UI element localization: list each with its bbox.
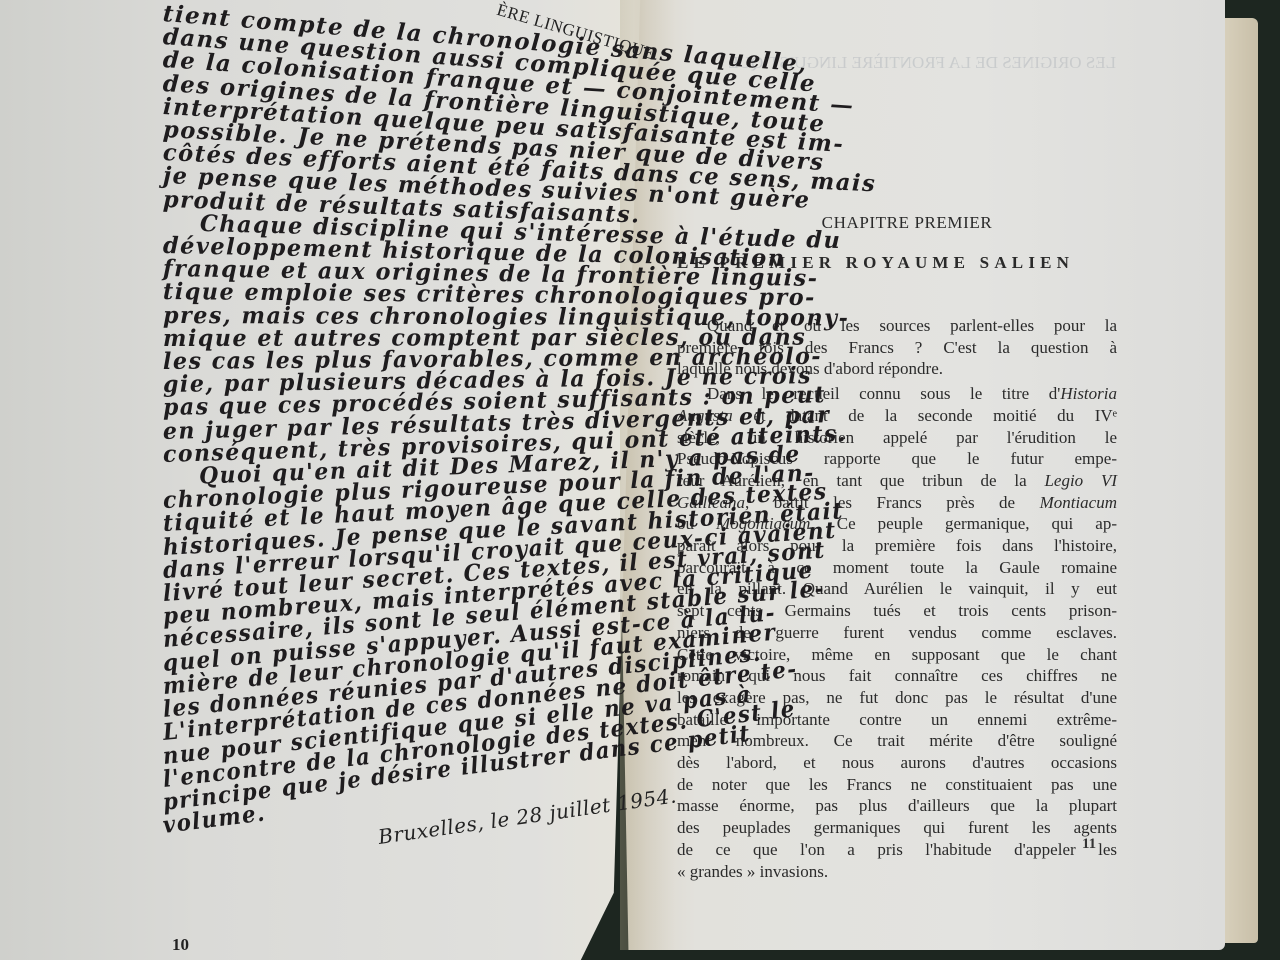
text-line: de ce que l'on a pris l'habitude d'appel… <box>677 839 1117 861</box>
text-line: masse énorme, pas plus d'ailleurs que la… <box>677 795 1117 817</box>
italic-term: Montiacum <box>1040 493 1117 512</box>
text-line: de noter que les Francs ne constituaient… <box>677 774 1117 796</box>
page-number-left: 10 <box>172 935 189 955</box>
text-line: des peuplades germaniques qui furent les… <box>677 817 1117 839</box>
text-line: « grandes » invasions. <box>677 861 1117 883</box>
italic-term: Legio VI <box>1044 471 1117 490</box>
page-number-right: 11 <box>1082 836 1096 853</box>
text-line: dès l'abord, et nous aurons d'autres occ… <box>677 752 1117 774</box>
italic-term: Historia <box>1060 384 1117 403</box>
left-page-body: tient compte de la chronologie sans laqu… <box>163 2 633 837</box>
